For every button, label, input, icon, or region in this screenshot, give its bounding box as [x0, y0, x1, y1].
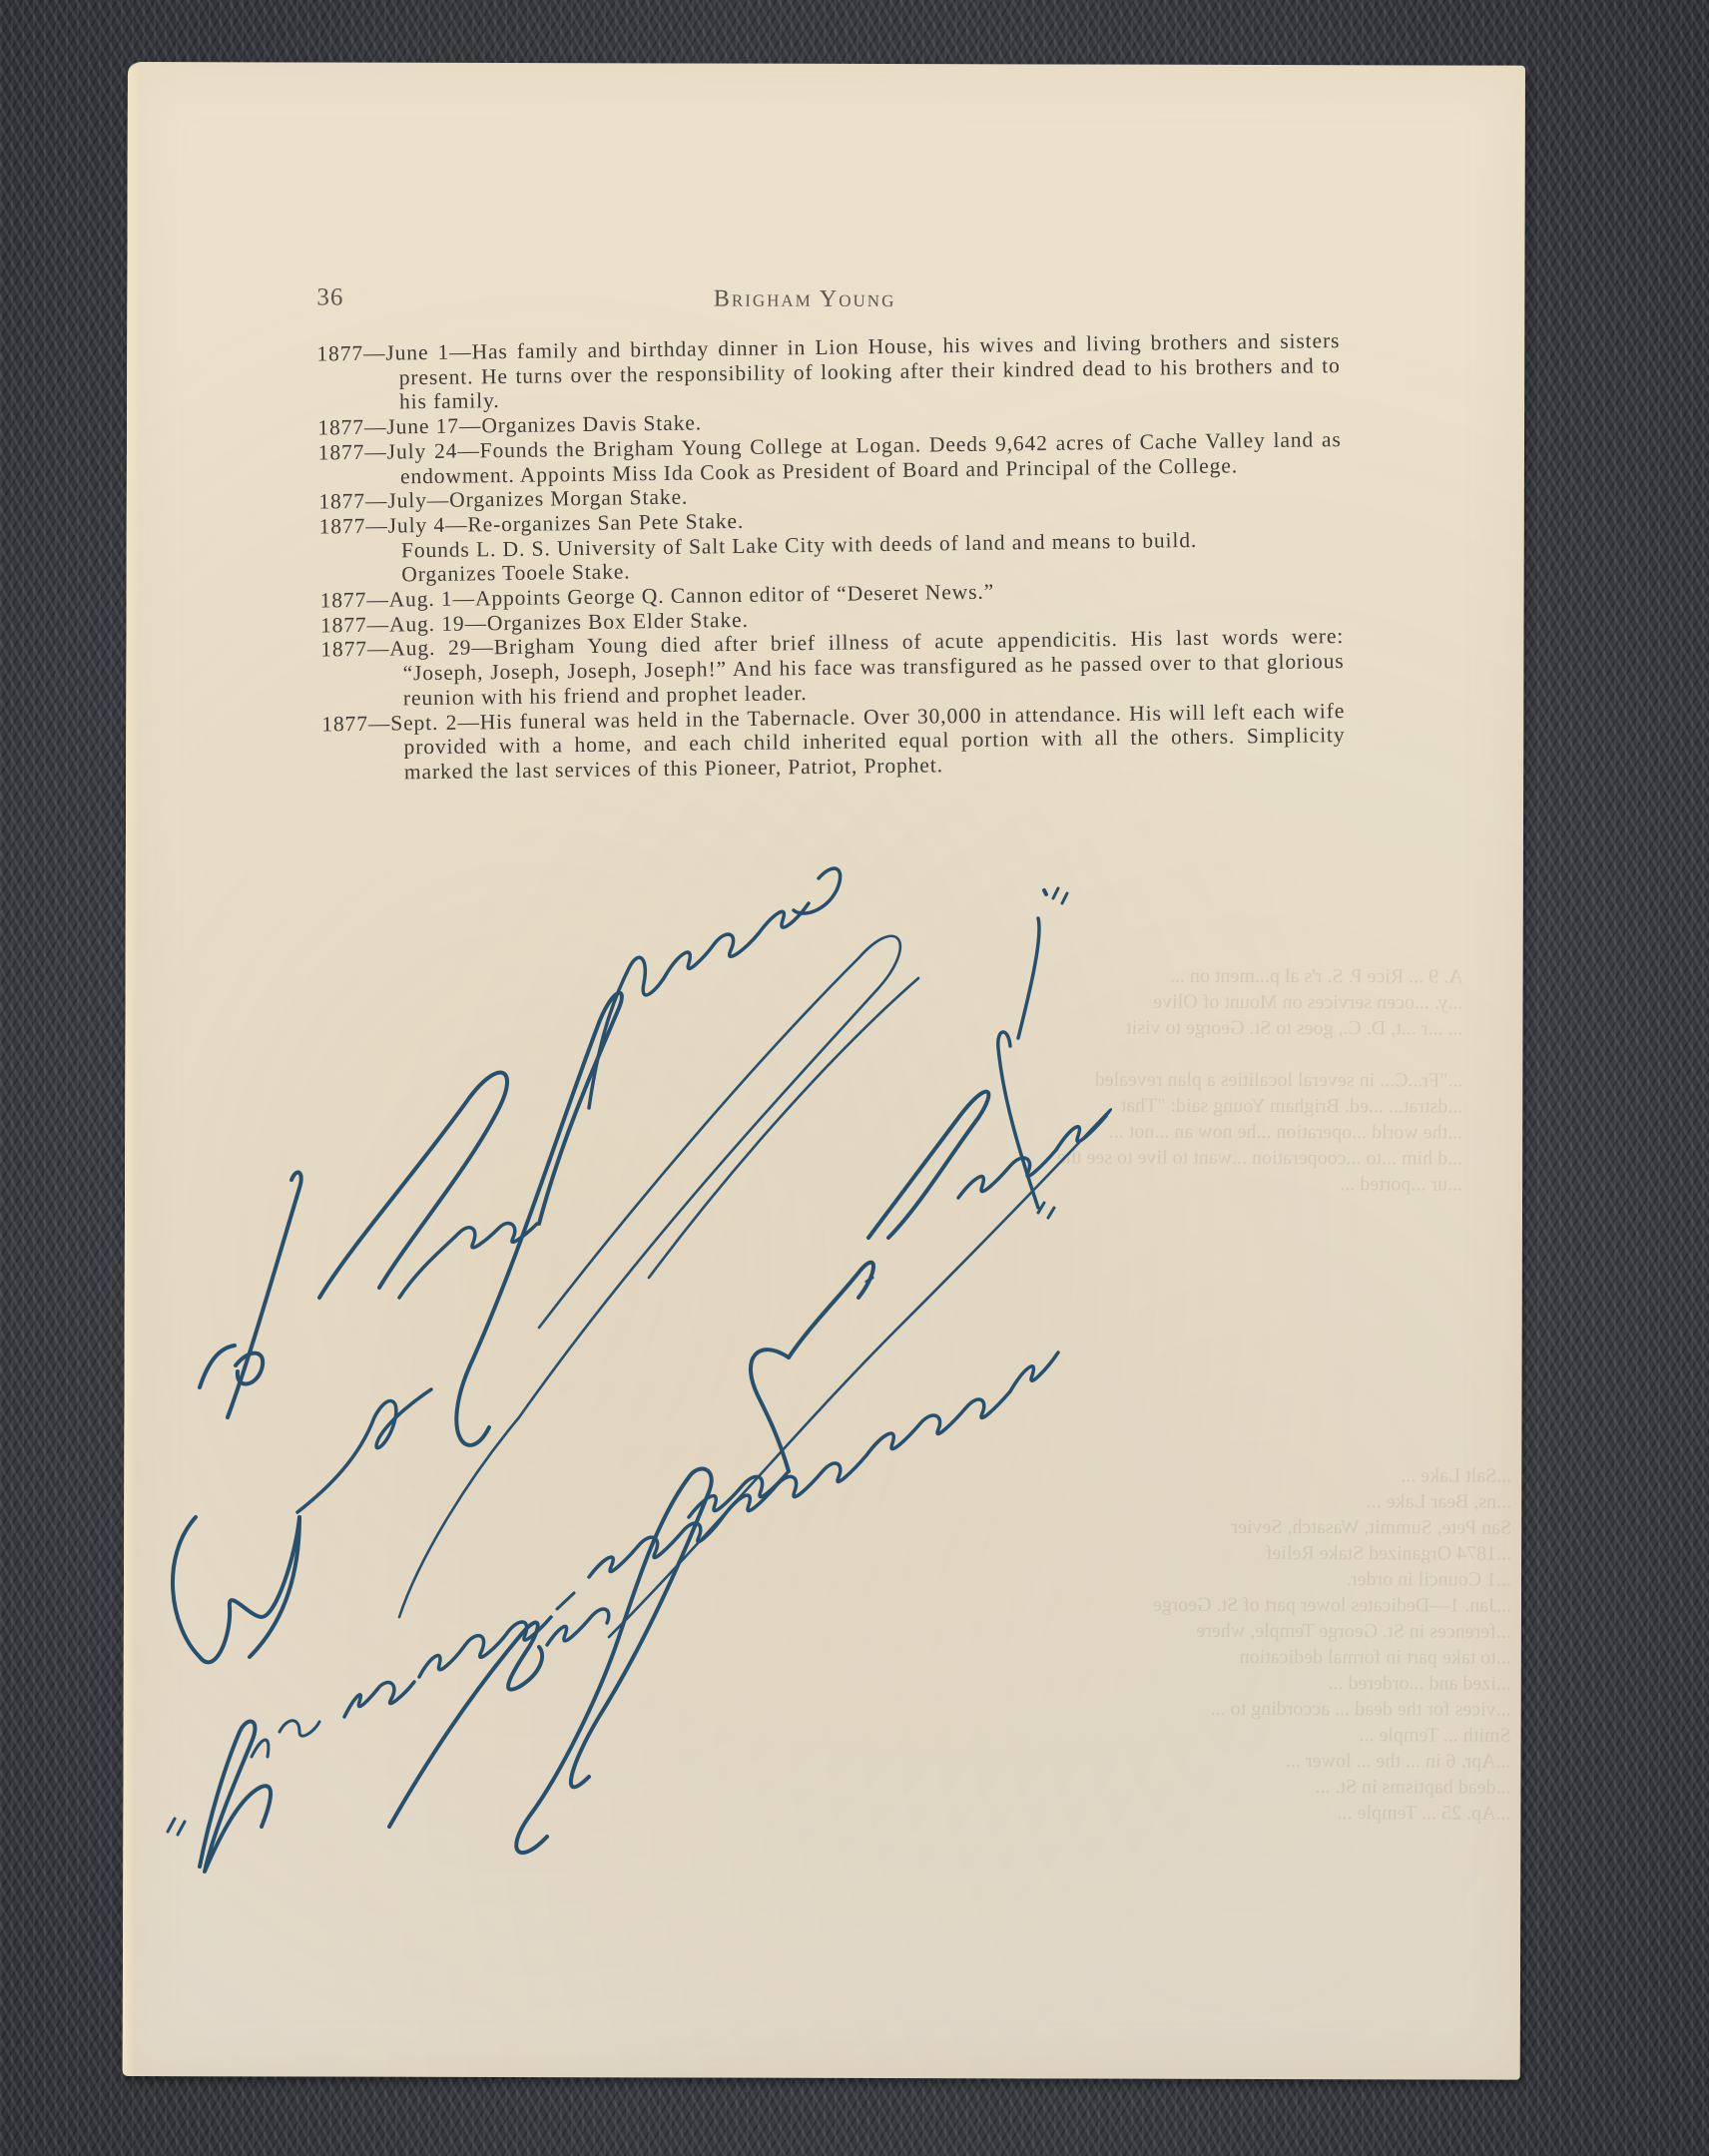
- entry-text: Organizes Davis Stake.: [481, 411, 702, 438]
- entry-date: 1877—June 1—: [316, 339, 471, 365]
- entry-date: 1877—Aug. 1—: [319, 586, 475, 612]
- show-through-text-lower: ...Salt Lake ... ...ns, Bear Lake ... Sa…: [991, 1461, 1511, 1826]
- entry-sept-2: 1877—Sept. 2—His funeral was held in the…: [321, 699, 1346, 787]
- show-through-text-upper: A. 9 ... Rice P. S. r's al p...ment on .…: [943, 962, 1463, 1197]
- entry-date: 1877—July—: [318, 488, 449, 514]
- entry-date: 1877—July 24—: [318, 438, 480, 464]
- entry-june-1: 1877—June 1—Has family and birthday dinn…: [316, 328, 1341, 416]
- entry-date: 1877—June 17—: [317, 413, 481, 439]
- entry-text: Organizes Morgan Stake.: [449, 485, 688, 512]
- entry-aug-29: 1877—Aug. 29—Brigham Young died after br…: [320, 624, 1345, 712]
- book-page: 36 Brigham Young 1877—June 1—Has family …: [123, 62, 1525, 2080]
- running-head: 36 Brigham Young: [316, 283, 1105, 313]
- entry-date: 1877—Sept. 2—: [321, 710, 480, 736]
- entry-date: 1877—Aug. 19—: [320, 611, 487, 637]
- page-number: 36: [316, 283, 343, 311]
- entry-text: Re-organizes San Pete Stake.: [467, 509, 744, 537]
- page-edge: [123, 62, 140, 2076]
- entry-date: 1877—July 4—: [319, 512, 468, 538]
- entry-text: Has family and birthday dinner in Lion H…: [399, 328, 1341, 414]
- book-title: Brigham Young: [714, 286, 896, 313]
- chronology-entries: 1877—June 1—Has family and birthday dinn…: [316, 328, 1346, 786]
- entry-text: Brigham Young died after brief illness o…: [402, 624, 1344, 710]
- entry-text: His funeral was held in the Tabernacle. …: [403, 699, 1345, 785]
- entry-date: 1877—Aug. 29—: [320, 636, 494, 662]
- entry-text: Organizes Box Elder Stake.: [487, 608, 749, 635]
